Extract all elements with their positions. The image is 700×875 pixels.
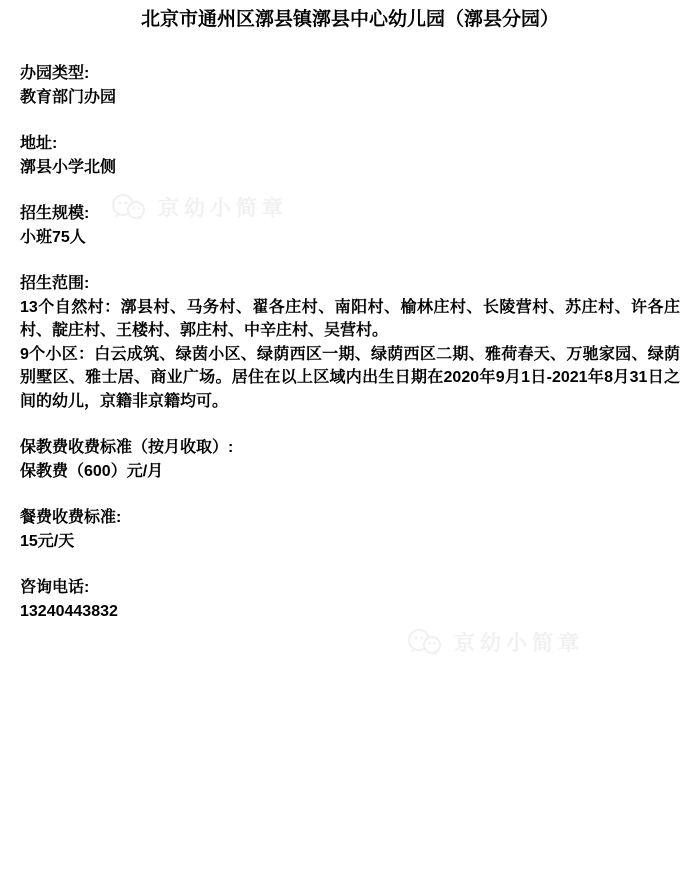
kindergarten-type-value: 教育部门办园 [20,86,680,110]
section-kindergarten-type: 办园类型: 教育部门办园 [20,62,680,109]
tuition-fee-label: 保教费收费标准（按月收取）: [20,436,680,460]
enrollment-scale-value: 小班75人 [20,226,680,250]
contact-phone-value: 13240443832 [20,600,680,624]
contact-phone-label: 咨询电话: [20,576,680,600]
section-tuition-fee: 保教费收费标准（按月收取）: 保教费（600）元/月 [20,436,680,483]
address-label: 地址: [20,132,680,156]
watermark-text: 京幼小简章 [454,627,584,657]
section-meal-fee: 餐费收费标准: 15元/天 [20,506,680,553]
enrollment-notice-document: 北京市通州区漷县镇漷县中心幼儿园（漷县分园） 办园类型: 教育部门办园 地址: … [0,0,700,623]
kindergarten-type-label: 办园类型: [20,62,680,86]
enrollment-range-communities: 9个小区：白云成筑、绿茵小区、绿荫西区一期、绿荫西区二期、雅荷春天、万驰家园、绿… [20,343,680,414]
address-value: 漷县小学北侧 [20,156,680,180]
section-address: 地址: 漷县小学北侧 [20,132,680,179]
meal-fee-label: 餐费收费标准: [20,506,680,530]
wechat-logo-icon [406,628,442,656]
tuition-fee-value: 保教费（600）元/月 [20,460,680,484]
section-enrollment-range: 招生范围: 13个自然村：漷县村、马务村、翟各庄村、南阳村、榆林庄村、长陵营村、… [20,272,680,413]
watermark-bottom: 京幼小简章 [406,627,584,657]
meal-fee-value: 15元/天 [20,530,680,554]
section-enrollment-scale: 招生规模: 小班75人 [20,202,680,249]
enrollment-scale-label: 招生规模: [20,202,680,226]
page-title: 北京市通州区漷县镇漷县中心幼儿园（漷县分园） [20,8,680,32]
enrollment-range-label: 招生范围: [20,272,680,296]
enrollment-range-villages: 13个自然村：漷县村、马务村、翟各庄村、南阳村、榆林庄村、长陵营村、苏庄村、许各… [20,296,680,343]
section-contact-phone: 咨询电话: 13240443832 [20,576,680,623]
